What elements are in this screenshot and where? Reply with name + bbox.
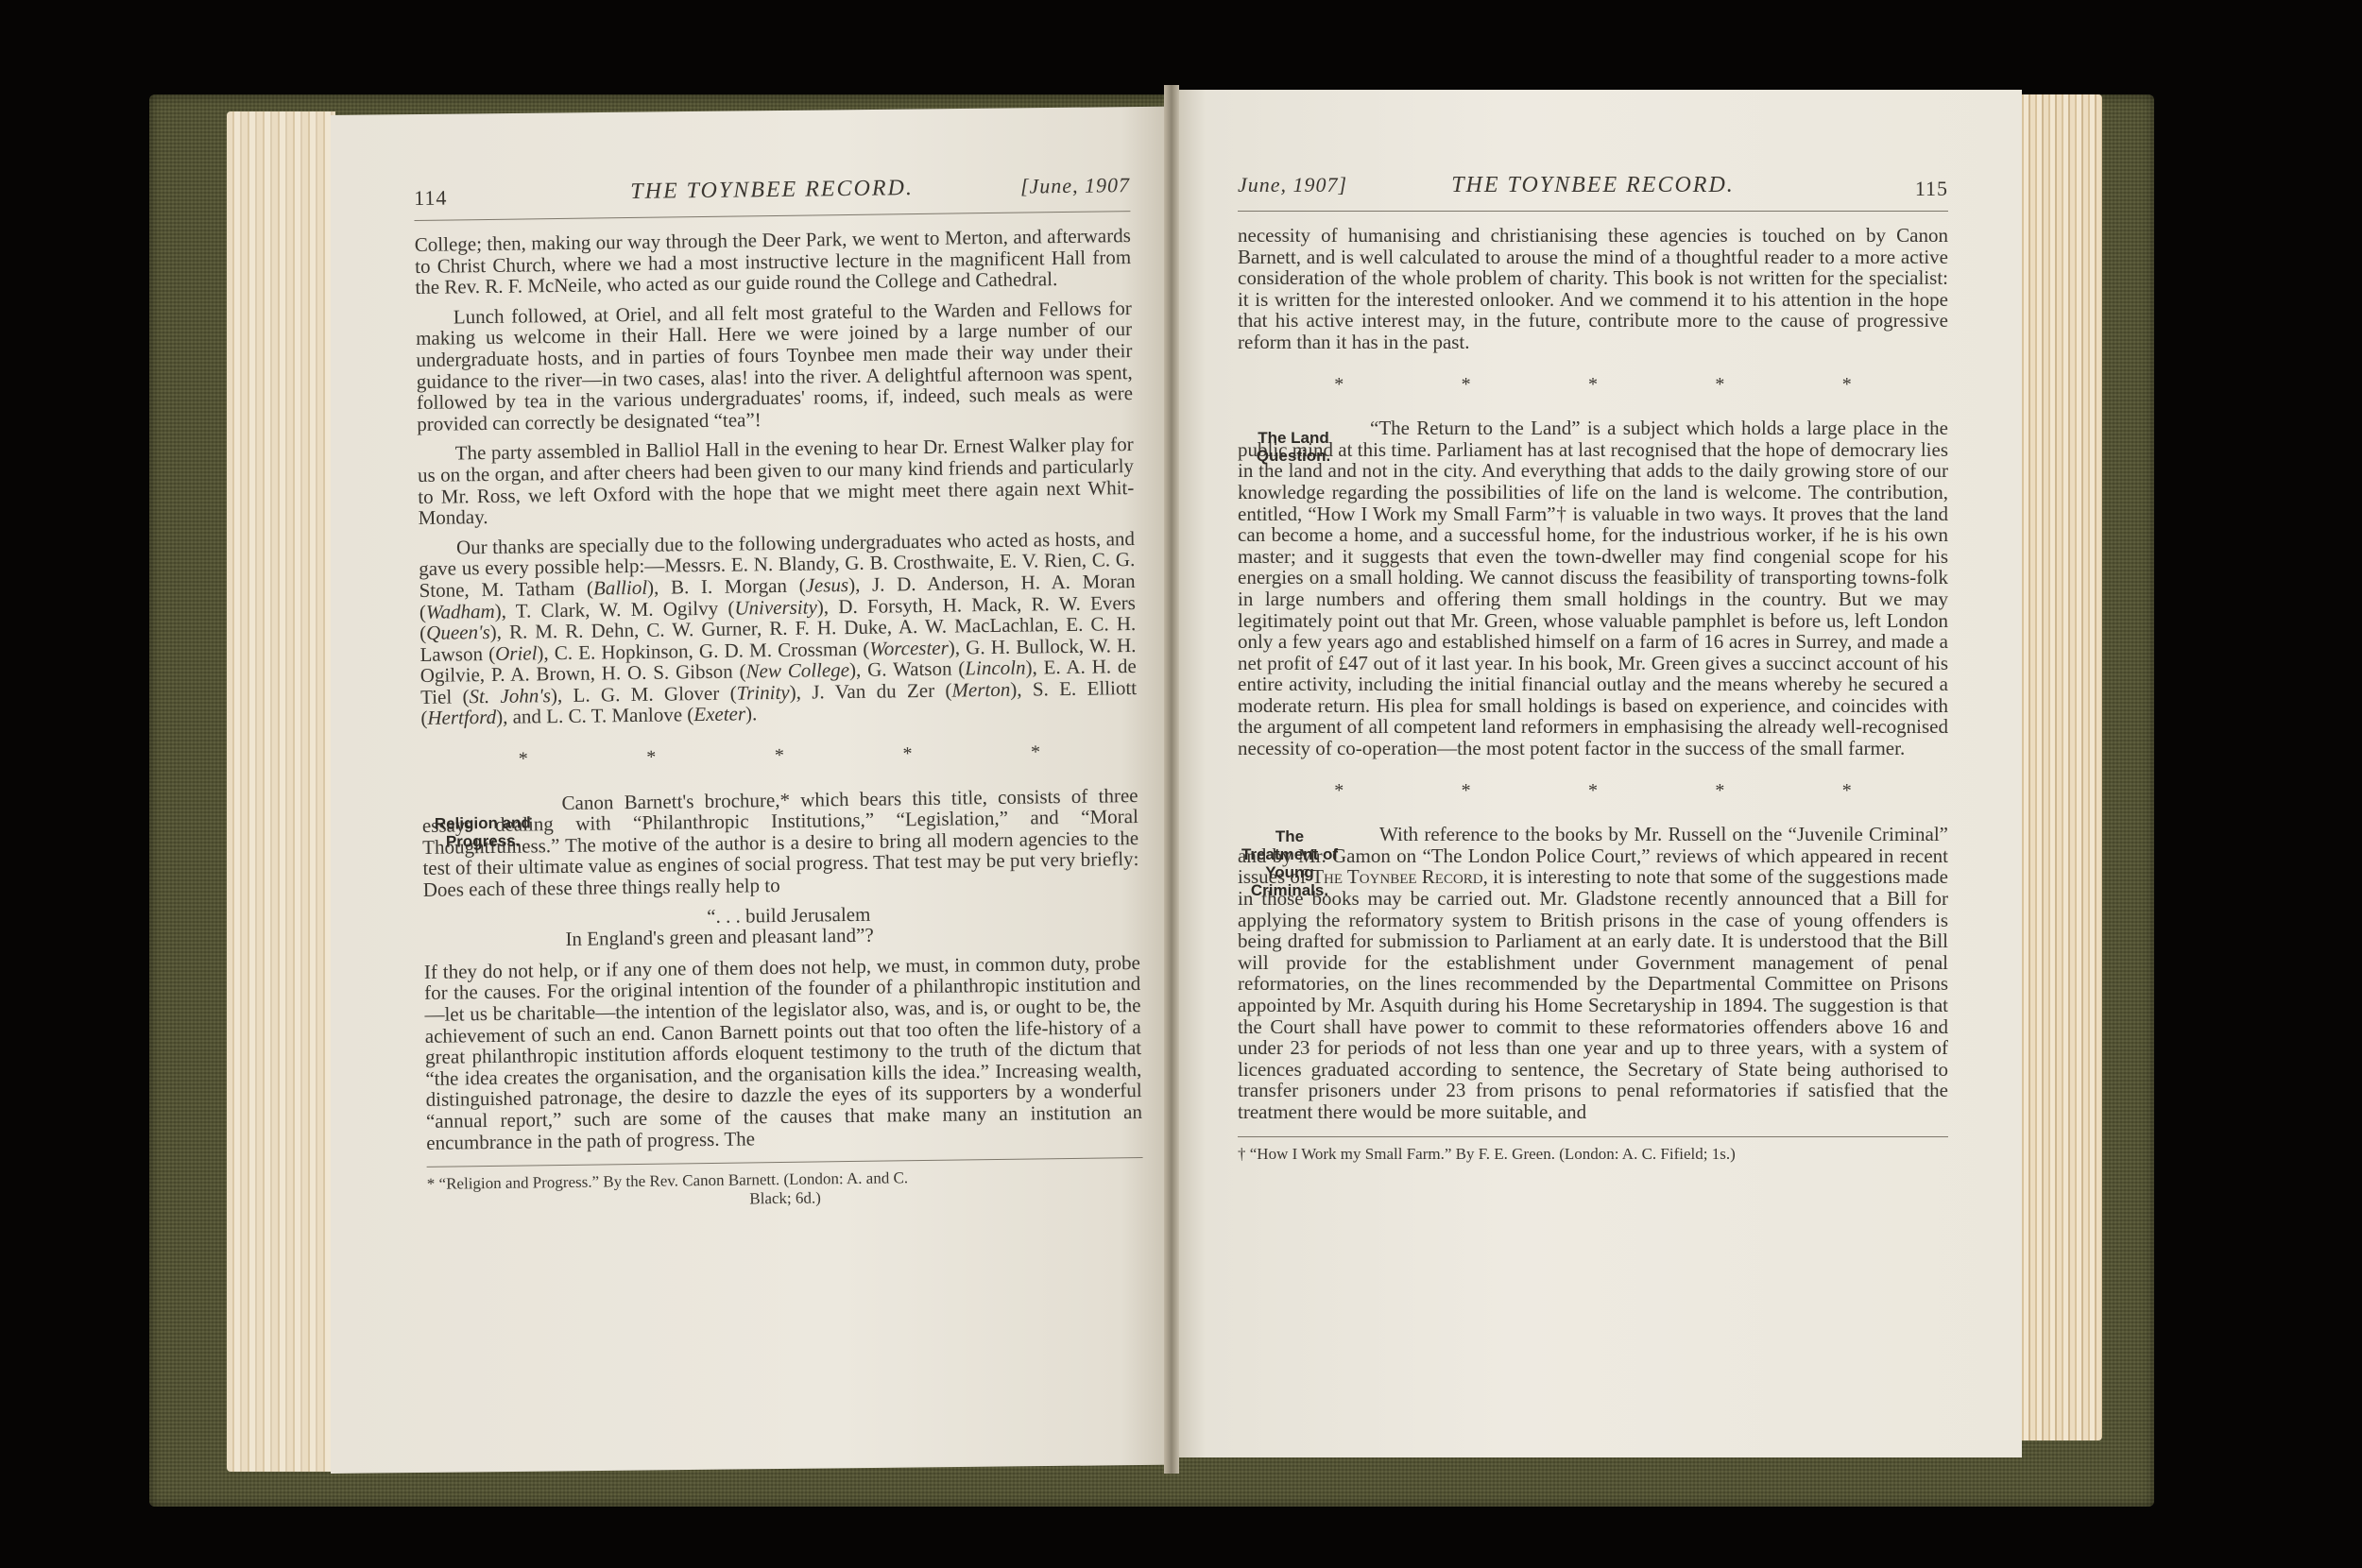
left-page-text: 114 THE TOYNBEE RECORD. [June, 1907 Coll… (414, 175, 1143, 1213)
paragraph: The party assembled in Balliol Hall in t… (418, 434, 1135, 528)
footnote-rule (427, 1157, 1143, 1167)
paragraph: “The Return to the Land” is a subject wh… (1238, 418, 1948, 759)
footnote: † “How I Work my Small Farm.” By F. E. G… (1238, 1145, 1948, 1164)
left-page-edges (227, 111, 335, 1472)
section-land-question: The Land Question. “The Return to the La… (1238, 418, 1948, 759)
section-religion-and-progress: Religion and Progress. Canon Barnett's b… (421, 785, 1142, 1153)
sidenote-heading: The Treatment of Young Criminals. (1238, 827, 1342, 899)
section-separator: ***** (1238, 780, 1948, 802)
header-rule (414, 211, 1130, 221)
issue-date: [June, 1907 (1020, 175, 1130, 197)
section-treatment-of-young-criminals: The Treatment of Young Criminals. With r… (1238, 824, 1948, 1122)
right-page-text: June, 1907] THE TOYNBEE RECORD. 115 nece… (1238, 175, 1948, 1164)
verse-quote: “. . . build Jerusalem In England's gree… (423, 900, 1140, 952)
footnote-rule (1238, 1136, 1948, 1137)
paragraph: Lunch followed, at Oriel, and all felt m… (416, 298, 1134, 435)
header-rule (1238, 211, 1948, 212)
paragraph: With reference to the books by Mr. Russe… (1238, 824, 1948, 1122)
thanks-paragraph: Our thanks are specially due to the foll… (419, 528, 1138, 729)
sidenote-heading: The Land Question. (1238, 429, 1349, 465)
paragraph: necessity of humanising and christianisi… (1238, 225, 1948, 353)
section-separator: ***** (1238, 374, 1948, 396)
page-number: 115 (1915, 179, 1948, 200)
section-separator: ***** (421, 741, 1138, 772)
book-gutter (1164, 85, 1179, 1474)
running-title: THE TOYNBEE RECORD. (1238, 175, 1948, 196)
sidenote-heading: Religion and Progress. (422, 813, 543, 851)
paragraph: College; then, making our way through th… (415, 225, 1132, 298)
right-page-edges (2017, 94, 2102, 1440)
paragraph: If they do not help, or if any one of th… (424, 952, 1143, 1153)
running-head-right: June, 1907] THE TOYNBEE RECORD. 115 (1238, 175, 1948, 203)
